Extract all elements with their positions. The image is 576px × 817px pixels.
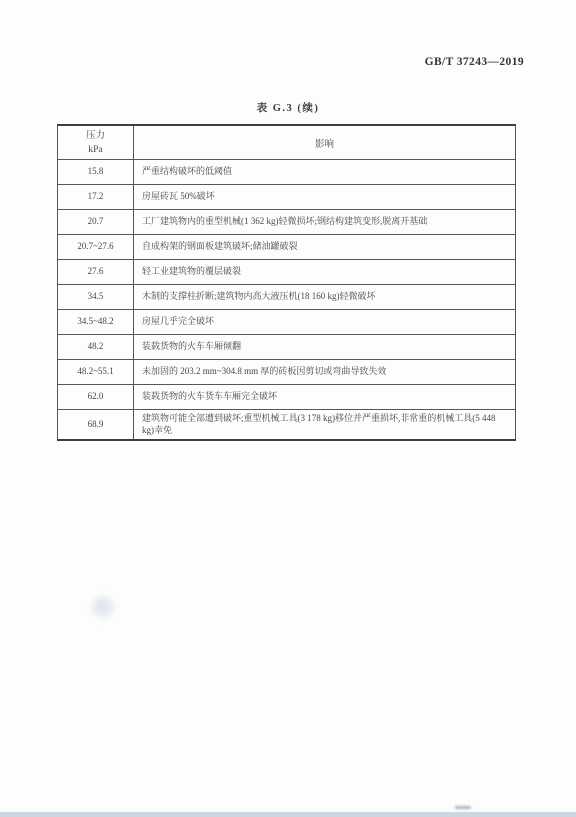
standard-number: GB/T 37243—2019 [425,56,524,68]
pressure-cell: 34.5~48.2 [58,310,134,335]
effect-cell: 轻工业建筑物的覆层破裂 [134,260,516,285]
table-row: 20.7工厂建筑物内的重型机械(1 362 kg)轻微损坏;钢结构建筑变形,脱离… [58,210,516,235]
table-row: 15.8严重结构破坏的低阈值 [58,160,516,185]
pressure-cell: 34.5 [58,285,134,310]
pressure-cell: 27.6 [58,260,134,285]
effect-cell: 房屋几乎完全破坏 [134,310,516,335]
table-row: 48.2~55.1未加固的 203.2 mm~304.8 mm 厚的砖板因剪切或… [58,360,516,385]
effect-cell: 建筑物可能全部遭到破坏;重型机械工具(3 178 kg)移位并严重损坏,非常重的… [134,410,516,441]
scanned-content: GB/T 37243—2019 表 G.3 (续) 压力 kPa 影响 15.8… [0,0,576,817]
effect-cell: 木制的支撑柱折断;建筑物内高大液压机(18 160 kg)轻微破坏 [134,285,516,310]
header-row: 压力 kPa 影响 [58,125,516,160]
pressure-cell: 68.9 [58,410,134,441]
effect-cell: 自成构架的钢面板建筑破坏;储油罐破裂 [134,235,516,260]
pressure-cell: 20.7 [58,210,134,235]
document-page: GB/T 37243—2019 表 G.3 (续) 压力 kPa 影响 15.8… [0,0,576,817]
table-caption: 表 G.3 (续) [0,100,576,115]
table-row: 48.2装载货物的火车车厢倾翻 [58,335,516,360]
effect-cell: 房屋砖瓦 50%破坏 [134,185,516,210]
table-row: 20.7~27.6自成构架的钢面板建筑破坏;储油罐破裂 [58,235,516,260]
effect-cell: 未加固的 203.2 mm~304.8 mm 厚的砖板因剪切或弯曲导致失效 [134,360,516,385]
scan-smudge-watermark [88,593,118,621]
pressure-cell: 48.2 [58,335,134,360]
effect-cell: 装载货物的火车货车车厢完全破坏 [134,385,516,410]
table-row: 68.9建筑物可能全部遭到破坏;重型机械工具(3 178 kg)移位并严重损坏,… [58,410,516,441]
effect-cell: 装载货物的火车车厢倾翻 [134,335,516,360]
pressure-cell: 17.2 [58,185,134,210]
table-row: 27.6轻工业建筑物的覆层破裂 [58,260,516,285]
scan-edge-strip [0,812,576,817]
effect-column-header: 影响 [134,125,516,160]
pressure-column-header: 压力 kPa [58,125,134,160]
table-header: 压力 kPa 影响 [58,125,516,160]
page-number-smudge [455,806,471,809]
effect-cell: 工厂建筑物内的重型机械(1 362 kg)轻微损坏;钢结构建筑变形,脱离开基础 [134,210,516,235]
table-row: 17.2房屋砖瓦 50%破坏 [58,185,516,210]
pressure-header-label: 压力 [59,129,132,143]
table-row: 34.5~48.2房屋几乎完全破坏 [58,310,516,335]
pressure-cell: 20.7~27.6 [58,235,134,260]
damage-table-body: 15.8严重结构破坏的低阈值17.2房屋砖瓦 50%破坏20.7工厂建筑物内的重… [58,160,516,441]
pressure-cell: 48.2~55.1 [58,360,134,385]
pressure-header-unit: kPa [59,143,132,157]
table-row: 62.0装载货物的火车货车车厢完全破坏 [58,385,516,410]
effect-cell: 严重结构破坏的低阈值 [134,160,516,185]
pressure-cell: 62.0 [58,385,134,410]
table-row: 34.5木制的支撑柱折断;建筑物内高大液压机(18 160 kg)轻微破坏 [58,285,516,310]
pressure-effect-table: 压力 kPa 影响 15.8严重结构破坏的低阈值17.2房屋砖瓦 50%破坏20… [57,124,516,441]
pressure-cell: 15.8 [58,160,134,185]
